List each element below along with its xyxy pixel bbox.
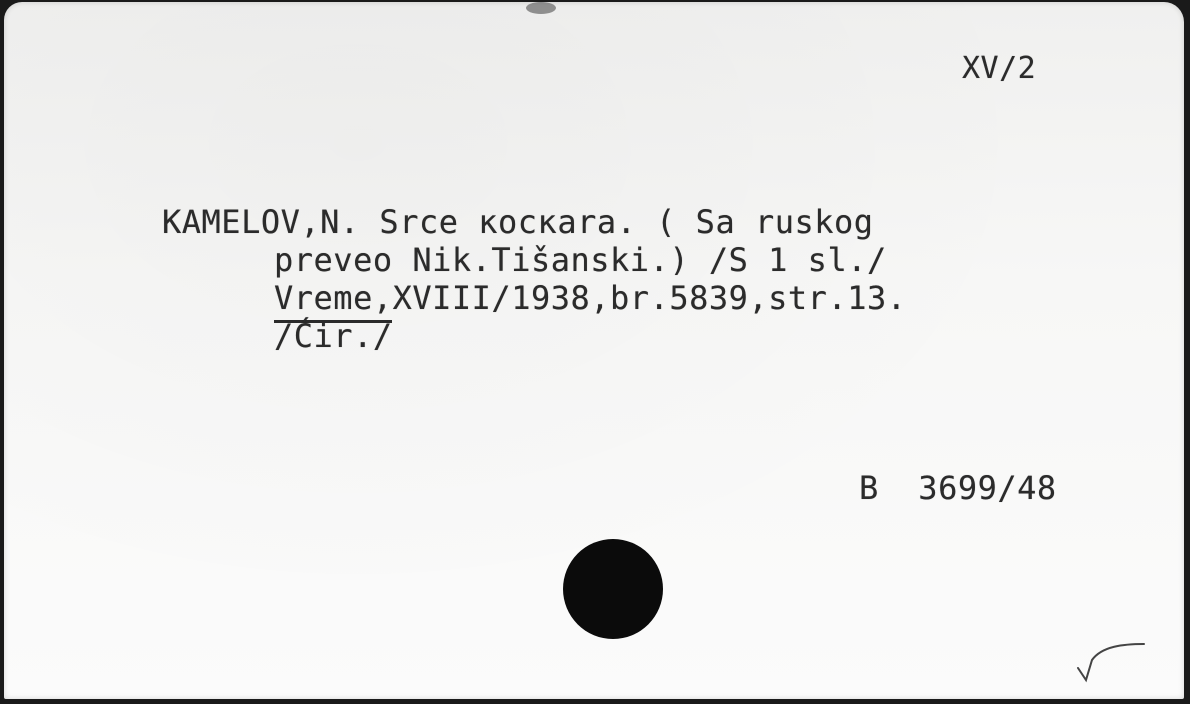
- entry-line-author-title: KAMELOV,N. Srce коскara. ( Sa ruskog: [162, 206, 874, 238]
- check-mark-icon: [1074, 638, 1154, 688]
- entry-line-translator: preveo Nik.Tišanski.) /S 1 sl./: [274, 244, 887, 276]
- entry-line-source: Vreme,XVIII/1938,br.5839,str.13.: [274, 282, 907, 314]
- ink-smudge: [526, 2, 556, 14]
- call-number: XV/2: [962, 54, 1036, 84]
- accession-number: B 3699/48: [859, 472, 1057, 504]
- punch-hole: [563, 539, 663, 639]
- entry-line-script-note: /Ćir./: [274, 320, 393, 352]
- catalog-card: XV/2 KAMELOV,N. Srce коскara. ( Sa rusko…: [4, 2, 1184, 699]
